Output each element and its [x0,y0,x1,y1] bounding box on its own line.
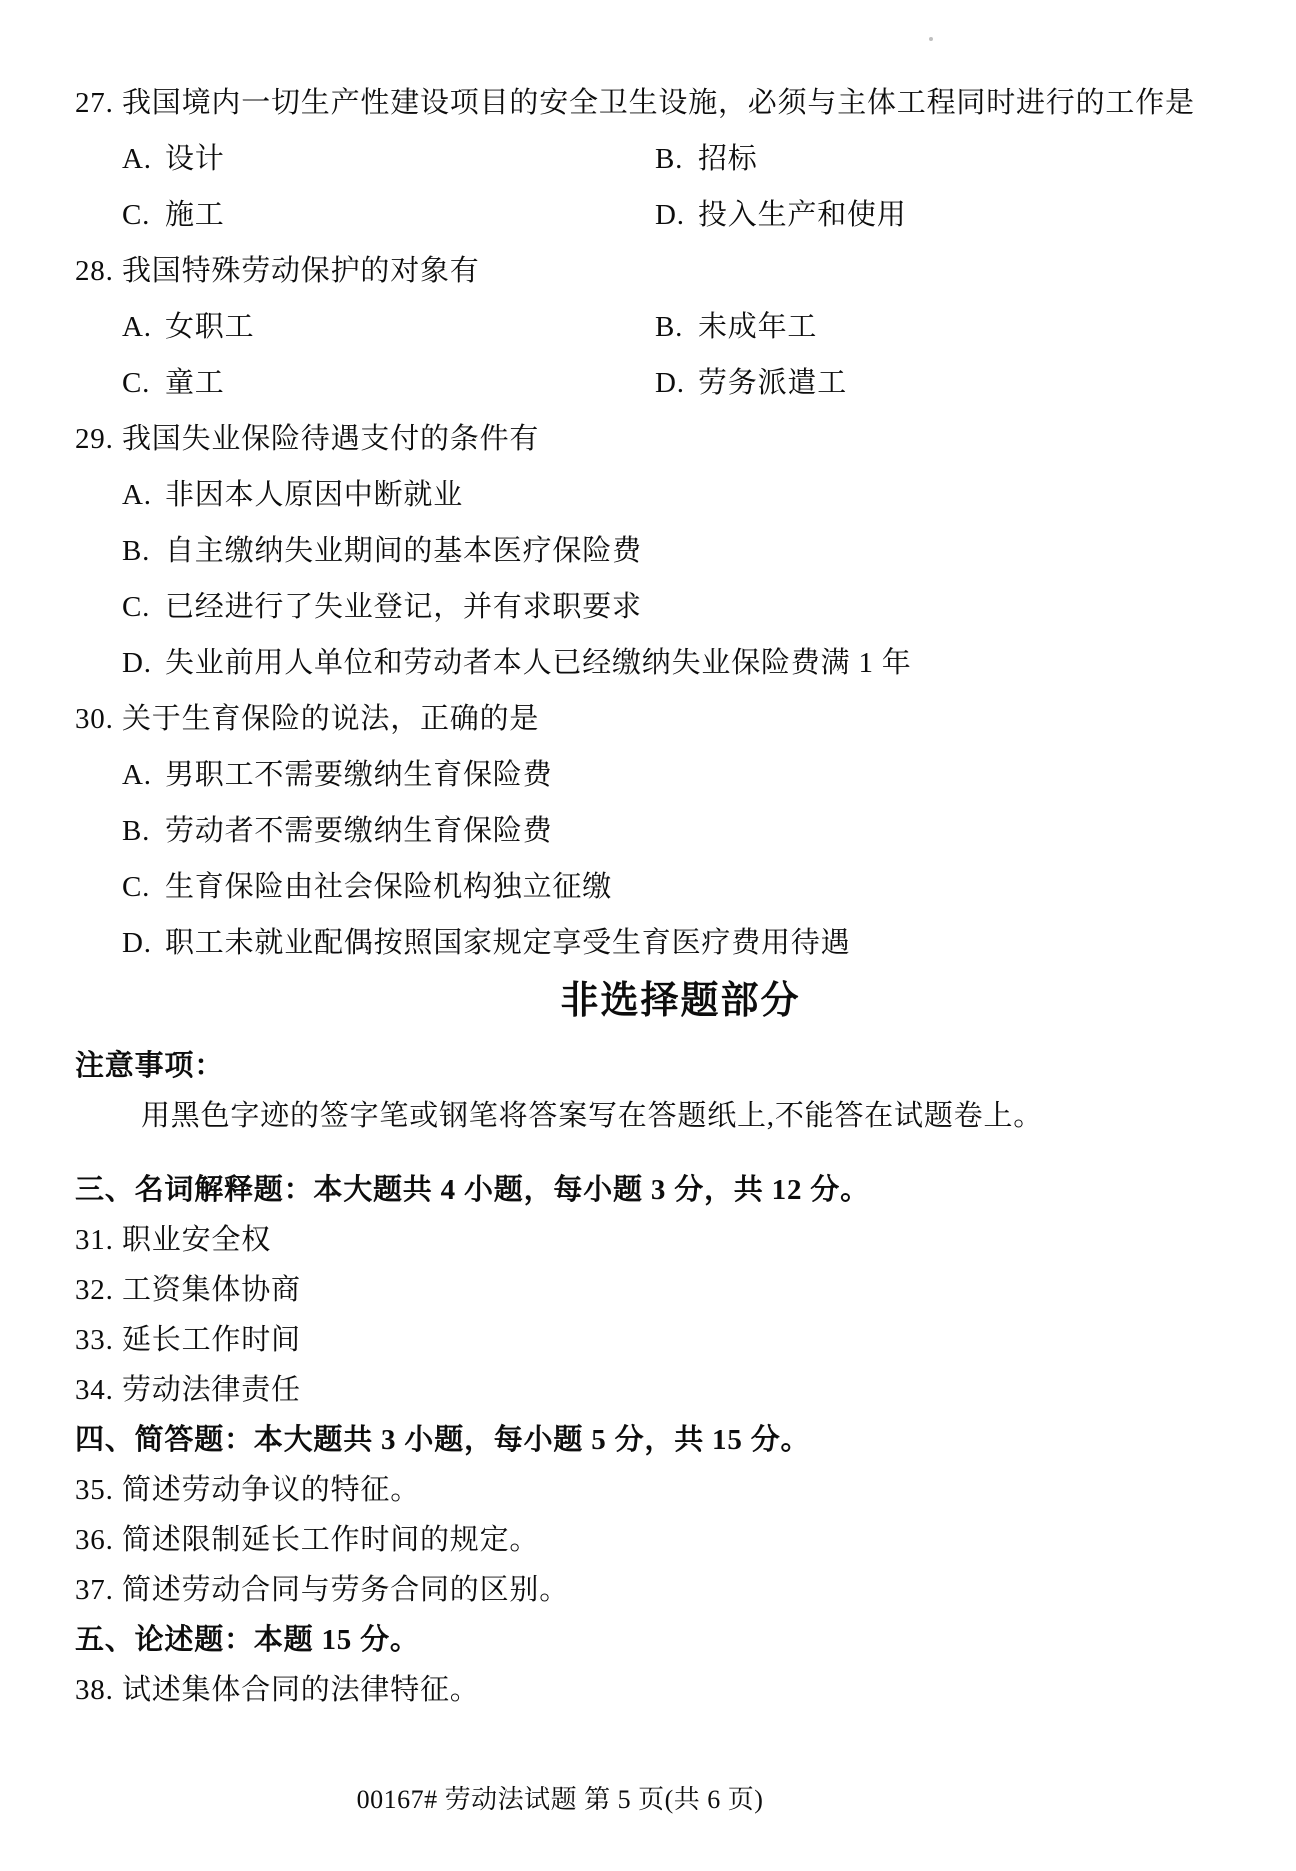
item-number: 31. [75,1215,122,1265]
option-list: A.非因本人原因中断就业 B.自主缴纳失业期间的基本医疗保险费 C.已经进行了失… [75,467,1226,691]
scan-speck-artifact [929,37,933,41]
item-text: 延长工作时间 [122,1324,301,1356]
question-stem: 我国失业保险待遇支付的条件有 [122,423,539,455]
option-label: C. [122,187,165,243]
option: D.职工未就业配偶按照国家规定享受生育医疗费用待遇 [122,915,1226,971]
option: A.男职工不需要缴纳生育保险费 [122,747,1226,803]
option-text: 童工 [165,367,225,399]
item-text: 简述劳动争议的特征。 [122,1474,420,1506]
option-text: 劳务派遣工 [698,367,847,399]
item-number: 35. [75,1465,122,1515]
notice-text-row: 用黑色字迹的签字笔或钢笔将答案写在答题纸上,不能答在试题卷上。 [75,1091,1226,1141]
option-grid: A.设计 B.招标 C.施工 D.投入生产和使用 [75,131,1226,243]
option: B.劳动者不需要缴纳生育保险费 [122,803,1226,859]
option-label: A. [122,467,165,523]
section-header: 三、名词解释题：本大题共 4 小题，每小题 3 分，共 12 分。 [75,1165,1226,1215]
item-number: 37. [75,1565,122,1615]
option-label: B. [122,803,165,859]
item-number: 32. [75,1265,122,1315]
option-label: B. [655,131,698,187]
option-text: 劳动者不需要缴纳生育保险费 [165,815,552,847]
page-content: 27.我国境内一切生产性建设项目的安全卫生设施，必须与主体工程同时进行的工作是 … [0,0,1296,1715]
option-label: D. [122,915,165,971]
notice-text: 用黑色字迹的签字笔或钢笔将答案写在答题纸上,不能答在试题卷上。 [141,1100,1043,1132]
item-text: 简述劳动合同与劳务合同的区别。 [122,1574,569,1606]
option-grid: A.女职工 B.未成年工 C.童工 D.劳务派遣工 [75,299,1226,411]
section-heading: 非选择题部分 [75,971,1226,1031]
option: B.招标 [655,131,1226,187]
option: A.非因本人原因中断就业 [122,467,1226,523]
option-text: 女职工 [165,311,254,343]
option: A.女职工 [122,299,655,355]
option-text: 投入生产和使用 [698,199,907,231]
option-text: 非因本人原因中断就业 [165,479,463,511]
option: D.劳务派遣工 [655,355,1226,411]
option: C.施工 [122,187,655,243]
question: 30.关于生育保险的说法，正确的是 A.男职工不需要缴纳生育保险费 B.劳动者不… [75,691,1226,971]
option-text: 生育保险由社会保险机构独立征缴 [165,871,612,903]
option: C.生育保险由社会保险机构独立征缴 [122,859,1226,915]
option-label: A. [122,747,165,803]
question: 29.我国失业保险待遇支付的条件有 A.非因本人原因中断就业 B.自主缴纳失业期… [75,411,1226,691]
question-stem-row: 29.我国失业保险待遇支付的条件有 [75,411,1226,467]
item-text: 简述限制延长工作时间的规定。 [122,1524,539,1556]
option-text: 男职工不需要缴纳生育保险费 [165,759,552,791]
question-stem: 我国特殊劳动保护的对象有 [122,255,480,287]
option-label: C. [122,579,165,635]
question-number: 28. [75,243,122,299]
notice-label-row: 注意事项： [75,1041,1226,1091]
option-text: 未成年工 [698,311,817,343]
question-stem-row: 30.关于生育保险的说法，正确的是 [75,691,1226,747]
option: A.设计 [122,131,655,187]
option-text: 职工未就业配偶按照国家规定享受生育医疗费用待遇 [165,927,850,959]
exam-item: 38.试述集体合同的法律特征。 [75,1665,1226,1715]
option-label: C. [122,859,165,915]
section-header: 四、简答题：本大题共 3 小题，每小题 5 分，共 15 分。 [75,1415,1226,1465]
item-text: 工资集体协商 [122,1274,301,1306]
question: 27.我国境内一切生产性建设项目的安全卫生设施，必须与主体工程同时进行的工作是 … [75,75,1226,243]
question-number: 27. [75,75,122,131]
item-number: 33. [75,1315,122,1365]
exam-item: 32.工资集体协商 [75,1265,1226,1315]
option-text: 自主缴纳失业期间的基本医疗保险费 [165,535,642,567]
exam-item: 33.延长工作时间 [75,1315,1226,1365]
question: 28.我国特殊劳动保护的对象有 A.女职工 B.未成年工 C.童工 D.劳务派遣… [75,243,1226,411]
exam-item: 36.简述限制延长工作时间的规定。 [75,1515,1226,1565]
item-text: 试述集体合同的法律特征。 [122,1674,480,1706]
option: D.投入生产和使用 [655,187,1226,243]
question-stem-row: 28.我国特殊劳动保护的对象有 [75,243,1226,299]
option: C.已经进行了失业登记，并有求职要求 [122,579,1226,635]
item-text: 劳动法律责任 [122,1374,301,1406]
option: D.失业前用人单位和劳动者本人已经缴纳失业保险费满 1 年 [122,635,1226,691]
option-text: 已经进行了失业登记，并有求职要求 [165,591,642,623]
item-text: 职业安全权 [122,1224,271,1256]
exam-item: 34.劳动法律责任 [75,1365,1226,1415]
item-number: 34. [75,1365,122,1415]
option-text: 施工 [165,199,225,231]
question-stem-row: 27.我国境内一切生产性建设项目的安全卫生设施，必须与主体工程同时进行的工作是 [75,75,1226,131]
option-list: A.男职工不需要缴纳生育保险费 B.劳动者不需要缴纳生育保险费 C.生育保险由社… [75,747,1226,971]
option: B.自主缴纳失业期间的基本医疗保险费 [122,523,1226,579]
question-number: 29. [75,411,122,467]
exam-item: 31.职业安全权 [75,1215,1226,1265]
option-label: D. [655,187,698,243]
option-label: D. [122,635,165,691]
option-label: B. [655,299,698,355]
item-number: 38. [75,1665,122,1715]
question-number: 30. [75,691,122,747]
question-stem: 关于生育保险的说法，正确的是 [122,703,539,735]
option-text: 失业前用人单位和劳动者本人已经缴纳失业保险费满 1 年 [165,647,912,679]
option-label: D. [655,355,698,411]
exam-item: 35.简述劳动争议的特征。 [75,1465,1226,1515]
option-label: A. [122,299,165,355]
question-stem: 我国境内一切生产性建设项目的安全卫生设施，必须与主体工程同时进行的工作是 [122,87,1195,119]
section-header: 五、论述题：本题 15 分。 [75,1615,1226,1665]
notice-label: 注意事项： [75,1050,224,1082]
page-footer: 00167# 劳动法试题 第 5 页(共 6 页) [0,1782,1296,1818]
option: C.童工 [122,355,655,411]
option-label: C. [122,355,165,411]
option-label: B. [122,523,165,579]
option-label: A. [122,131,165,187]
item-number: 36. [75,1515,122,1565]
option: B.未成年工 [655,299,1226,355]
exam-page: 27.我国境内一切生产性建设项目的安全卫生设施，必须与主体工程同时进行的工作是 … [0,0,1296,1871]
option-text: 设计 [165,143,225,175]
option-text: 招标 [698,143,758,175]
exam-item: 37.简述劳动合同与劳务合同的区别。 [75,1565,1226,1615]
